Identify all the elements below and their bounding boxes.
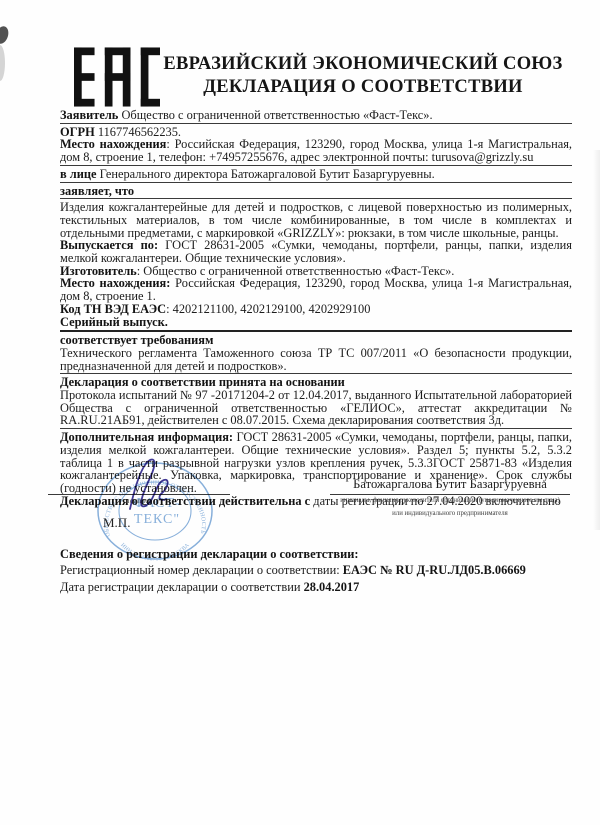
registration-number-value: ЕАЭС № RU Д-RU.ЛД05.В.06669 [343, 563, 526, 577]
in-person-value: Генерального директора Батожаргаловой Бу… [97, 167, 435, 181]
signatory-caption-1: инициалы, фамилия руководителя организац… [330, 497, 570, 506]
produced-by-row: Выпускается по: ГОСТ 28631-2005 «Сумки, … [60, 239, 572, 264]
in-person-label: в лице [60, 167, 97, 181]
tnved-value: : 4202121100, 4202129100, 4202929100 [166, 302, 370, 316]
compliance-text: Технического регламента Таможенного союз… [60, 347, 572, 374]
eac-logo-icon [74, 46, 160, 108]
union-title: ЕВРАЗИЙСКИЙ ЭКОНОМИЧЕСКИЙ СОЮЗ [162, 53, 564, 76]
registration-date-label: Дата регистрации декларации о соответств… [60, 580, 304, 594]
serial-release-row: Серийный выпуск. [60, 316, 572, 333]
declares-heading: заявляет, что [60, 185, 572, 200]
handwritten-signature [116, 455, 188, 517]
applicant-value: Общество с ограниченной ответственностью… [118, 108, 432, 122]
declaration-of-conformity-document: ЕВРАЗИЙСКИЙ ЭКОНОМИЧЕСКИЙ СОЮЗ ДЕКЛАРАЦИ… [0, 0, 600, 825]
scan-artifact-smudge [0, 25, 10, 46]
in-person-row: в лице Генерального директора Батожаргал… [60, 168, 572, 183]
signatory-block: Батожаргалова Бутит Базаргуруевна инициа… [330, 477, 570, 518]
registration-date-value: 28.04.2017 [304, 580, 360, 594]
registration-number-row: Регистрационный номер декларации о соотв… [60, 562, 572, 578]
registration-info: Сведения о регистрации декларации о соот… [60, 546, 572, 595]
signatory-caption-2: или индивидуального предпринимателя [330, 510, 570, 519]
applicant-label: Заявитель [60, 108, 118, 122]
signatory-name: Батожаргалова Бутит Базаргуруевна [330, 477, 570, 495]
basis-text: Протокола испытаний № 97 -20171204-2 от … [60, 389, 572, 429]
stamp-place-label: М.П. [103, 515, 130, 531]
document-title: ДЕКЛАРАЦИЯ О СООТВЕТСТВИИ [162, 76, 564, 99]
scan-artifact-smudge [0, 45, 5, 81]
registration-number-label: Регистрационный номер декларации о соотв… [60, 563, 343, 577]
document-header: ЕВРАЗИЙСКИЙ ЭКОНОМИЧЕСКИЙ СОЮЗ ДЕКЛАРАЦИ… [162, 53, 564, 98]
declaration-body: Заявитель Общество с ограниченной ответс… [60, 109, 572, 507]
product-description: Изделия кожгалантерейные для детей и под… [60, 201, 572, 239]
applicant-address-row: Место нахождения: Российская Федерация, … [60, 138, 572, 165]
registration-heading: Сведения о регистрации декларации о соот… [60, 546, 572, 562]
applicant-row: Заявитель Общество с ограниченной ответс… [60, 109, 572, 124]
manufacturer-address-row: Место нахождения: Российская Федерация, … [60, 277, 572, 302]
scan-edge-shadow [593, 150, 600, 530]
registration-date-row: Дата регистрации декларации о соответств… [60, 579, 572, 595]
